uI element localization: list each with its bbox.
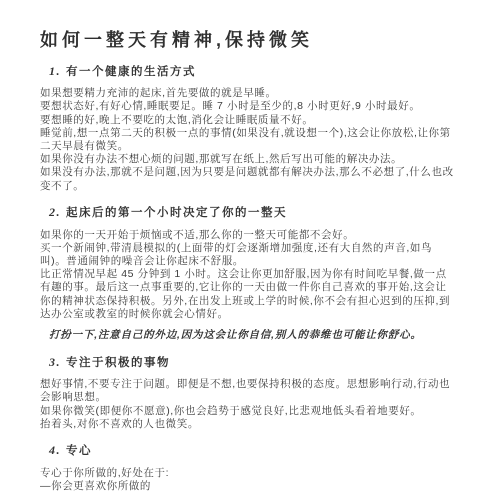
paragraph-line: 睡觉前,想一点第二天的积极一点的事情(如果没有,就设想一个),这会让你放松,让你…: [40, 127, 457, 153]
section-heading-text: 有一个健康的生活方式: [66, 66, 196, 78]
section: 1.有一个健康的生活方式如果想要精力充沛的起床,首先要做的就是早睡。要想状态好,…: [40, 65, 457, 193]
paragraph-line: 如果想要精力充沛的起床,首先要做的就是早睡。: [40, 87, 457, 100]
section-heading-text: 专心: [66, 445, 92, 457]
paragraph-line: 比正常情况早起 45 分钟到 1 小时。这会让你更加舒服,因为你有时间吃早餐,做…: [40, 268, 457, 321]
paragraph-line: 专心于你所做的,好处在于:: [40, 467, 457, 480]
emphasis-paragraph: 打扮一下,注意自己的外边,因为这会让你自信,别人的恭维也可能让你舒心。: [49, 329, 457, 343]
section: 2.起床后的第一个小时决定了你的一整天如果你的一天开始于烦恼或不适,那么你的一整…: [40, 206, 457, 343]
sections-container: 1.有一个健康的生活方式如果想要精力充沛的起床,首先要做的就是早睡。要想状态好,…: [40, 65, 457, 493]
section-number: 2.: [49, 205, 61, 219]
section-heading: 1.有一个健康的生活方式: [49, 65, 457, 79]
paragraph-line: 要想状态好,有好心情,睡眠要足。睡 7 小时是至少的,8 小时更好,9 小时最好…: [40, 100, 457, 113]
section-number: 1.: [49, 64, 61, 78]
section-heading-text: 专注于积极的事物: [66, 357, 170, 369]
paragraph-line: 如果你没有办法不想心烦的问题,那就写在纸上,然后写出可能的解决办法。: [40, 153, 457, 166]
paragraph-line: 如果你微笑(即便你不愿意),你也会趋势于感觉良好,比悲观地低头看着地要好。: [40, 405, 457, 418]
document-page: 如何一整天有精神,保持微笑 1.有一个健康的生活方式如果想要精力充沛的起床,首先…: [0, 0, 495, 495]
paragraph-line: 抬着头,对你不喜欢的人也微笑。: [40, 418, 457, 431]
section-number: 3.: [49, 355, 61, 369]
section-heading-text: 起床后的第一个小时决定了你的一整天: [66, 207, 287, 219]
section-heading: 3.专注于积极的事物: [49, 356, 457, 370]
section: 4.专心专心于你所做的,好处在于:—你会更喜欢你所做的: [40, 444, 457, 493]
paragraph-line: 如果你的一天开始于烦恼或不适,那么你的一整天可能都不会好。: [40, 229, 457, 242]
paragraph-line: 要想睡的好,晚上不要吃的太饱,消化会让睡眠质量不好。: [40, 114, 457, 127]
section-heading: 2.起床后的第一个小时决定了你的一整天: [49, 206, 457, 220]
paragraph-line: —你会更喜欢你所做的: [40, 480, 457, 493]
section: 3.专注于积极的事物想好事情,不要专注于问题。即便是不想,也要保持积极的态度。思…: [40, 356, 457, 431]
document-title: 如何一整天有精神,保持微笑: [40, 30, 457, 52]
section-heading: 4.专心: [49, 444, 457, 458]
paragraph-line: 想好事情,不要专注于问题。即便是不想,也要保持积极的态度。思想影响行动,行动也会…: [40, 378, 457, 404]
section-number: 4.: [49, 443, 61, 457]
paragraph-line: 买一个新闹钟,带清晨模拟的(上面带的灯会逐渐增加强度,还有大自然的声音,如鸟叫)…: [40, 242, 457, 268]
paragraph-line: 如果没有办法,那就不是问题,因为只要是问题就都有解决办法,那么不必想了,什么也改…: [40, 166, 457, 192]
